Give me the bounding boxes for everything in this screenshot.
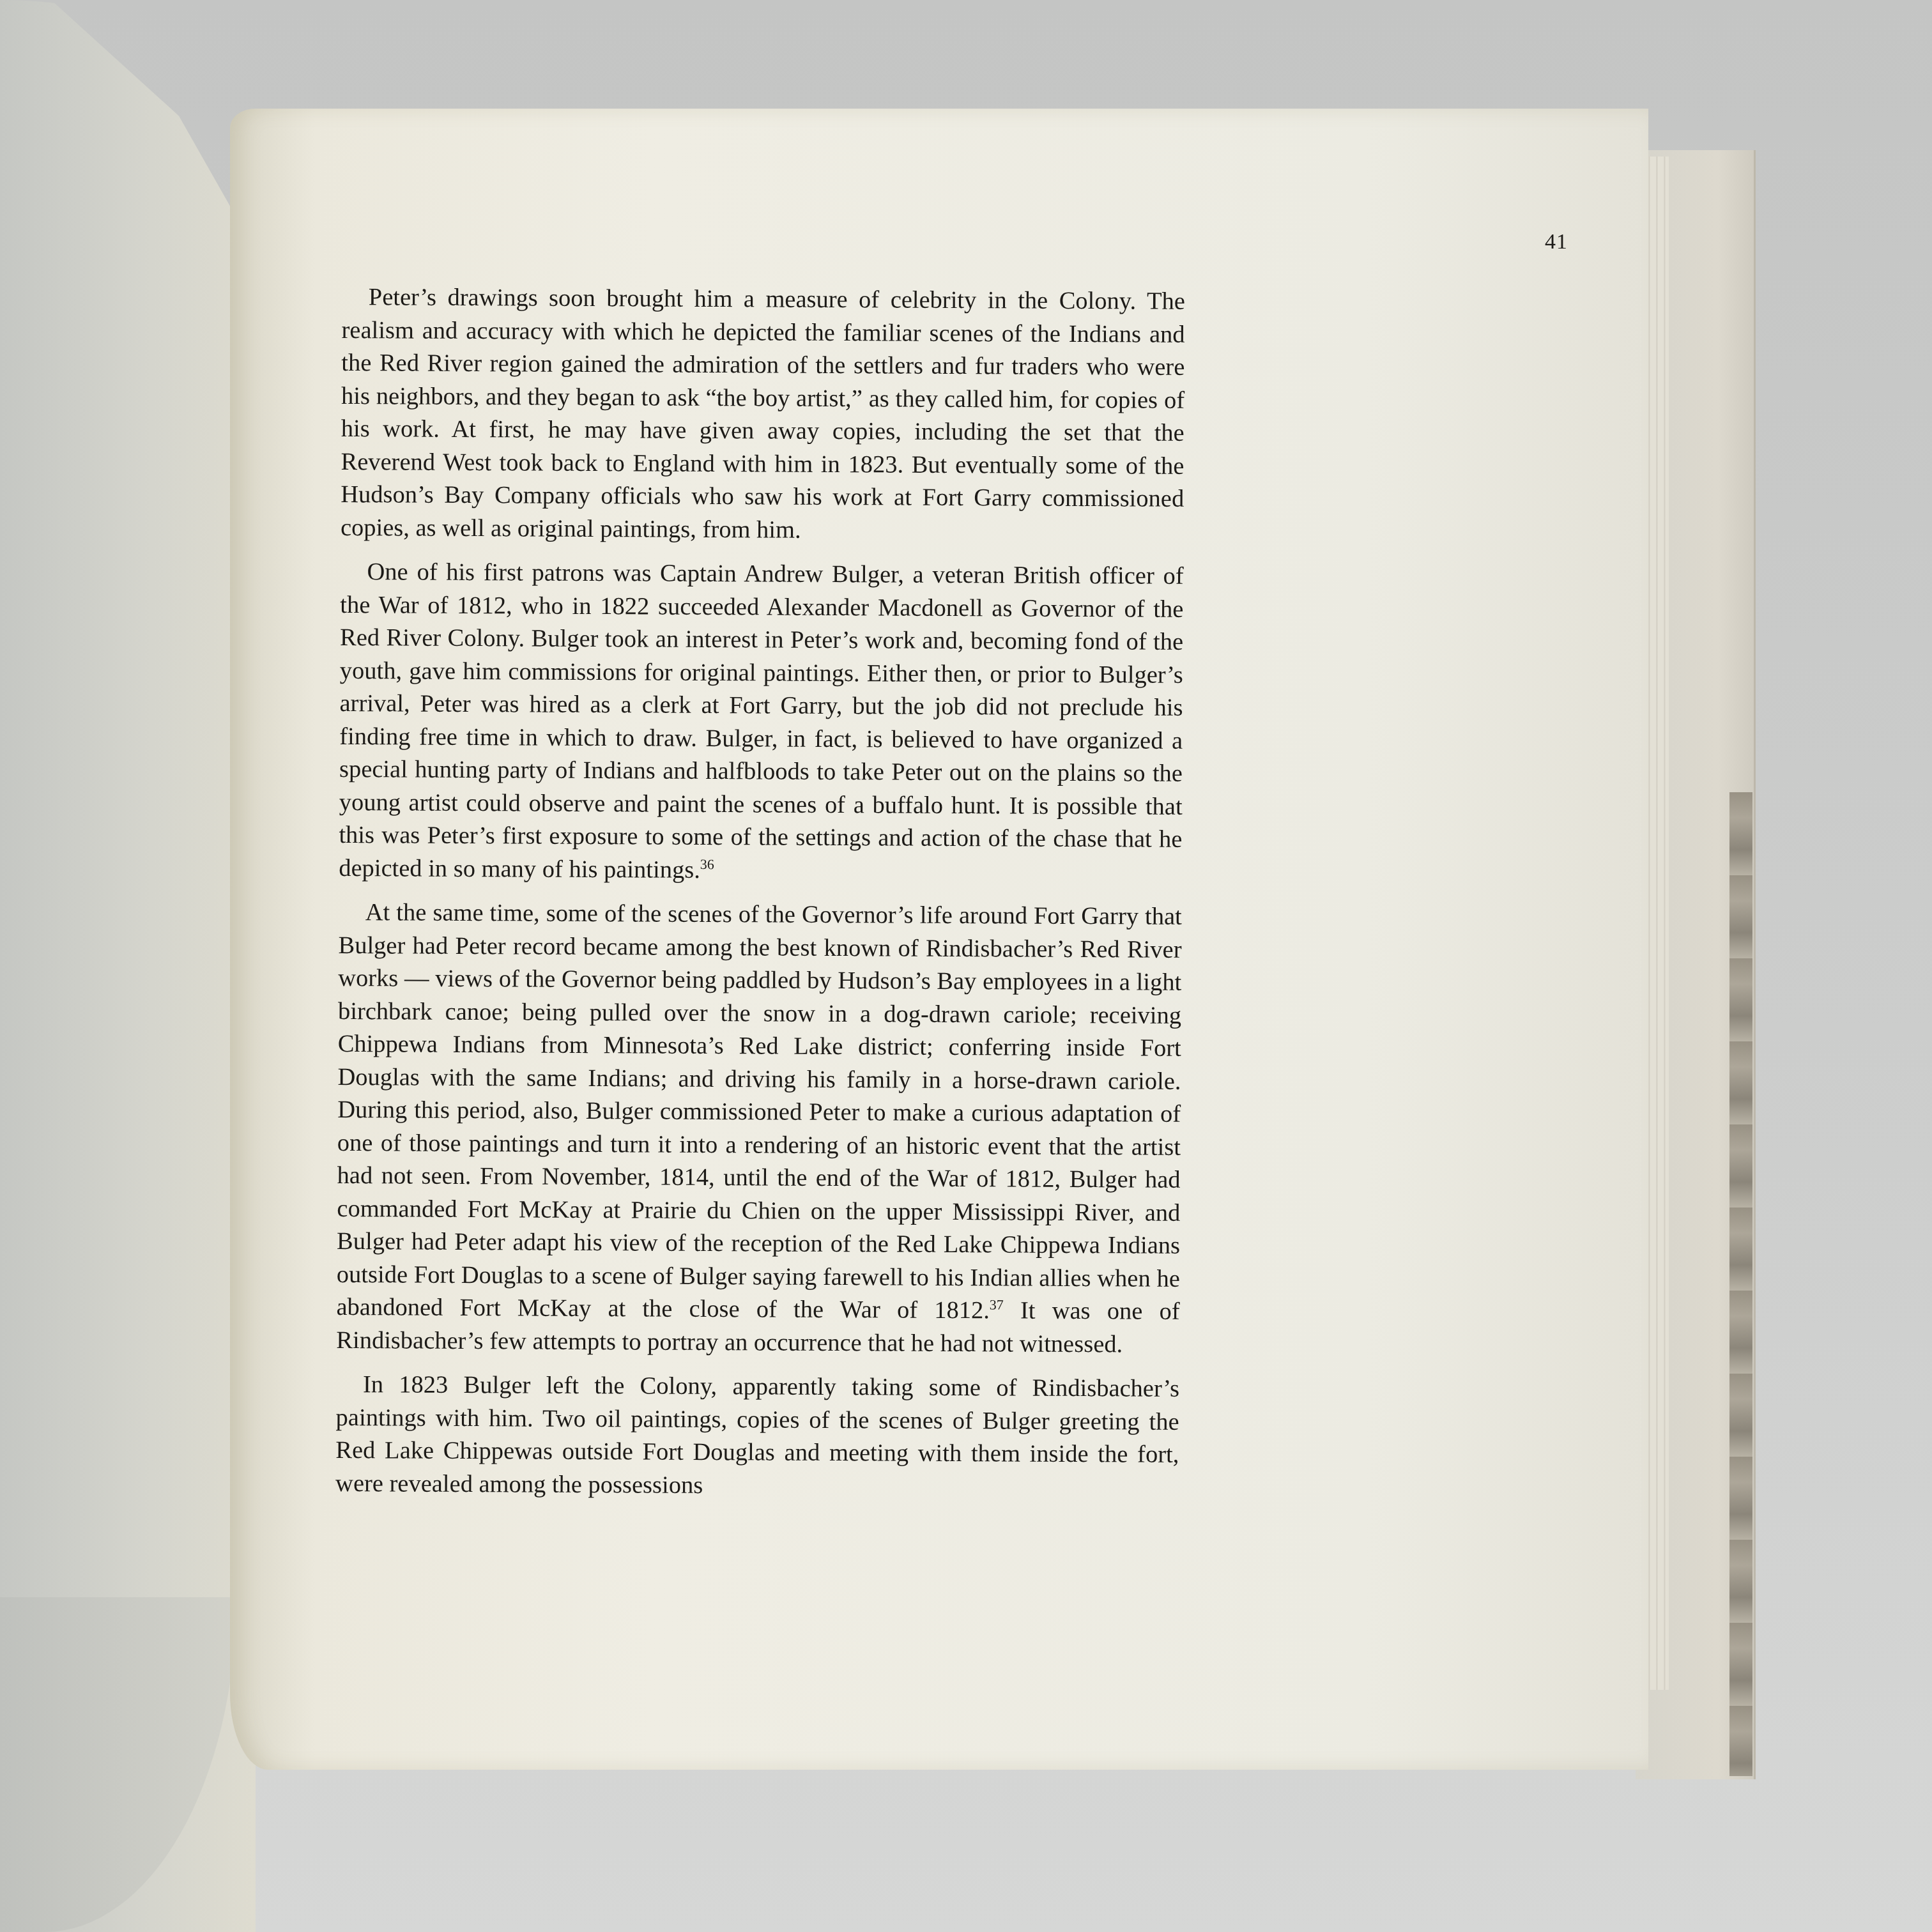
- body-text: Peter’s drawings soon brought him a meas…: [335, 281, 1185, 1516]
- paragraph-text: In 1823 Bulger left the Colony, apparent…: [335, 1371, 1179, 1498]
- paragraph-4: In 1823 Bulger left the Colony, apparent…: [335, 1368, 1179, 1505]
- paragraph-2: One of his first patrons was Captain And…: [339, 556, 1184, 889]
- paragraph-text: Peter’s drawings soon brought him a meas…: [341, 284, 1185, 543]
- footnote-marker-36[interactable]: 36: [700, 856, 714, 872]
- paragraph-3: At the same time, some of the scenes of …: [336, 896, 1182, 1361]
- paragraph-text: One of his first patrons was Captain And…: [339, 558, 1184, 883]
- page-number: 41: [1545, 230, 1568, 254]
- paragraph-text: At the same time, some of the scenes of …: [336, 899, 1181, 1324]
- paragraph-1: Peter’s drawings soon brought him a meas…: [341, 281, 1185, 549]
- cover-illustration-strip: [1729, 792, 1752, 1776]
- footnote-marker-37[interactable]: 37: [990, 1297, 1004, 1313]
